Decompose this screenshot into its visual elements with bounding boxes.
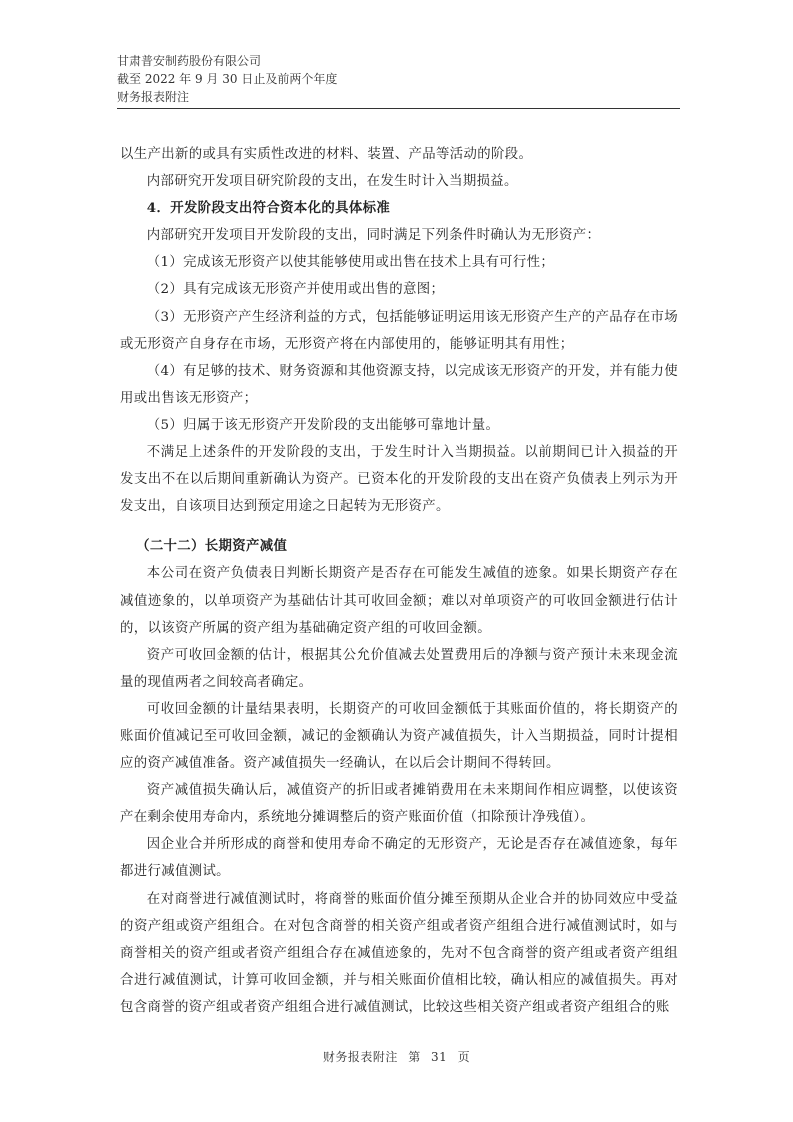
- criterion-5: （5）归属于该无形资产开发阶段的支出能够可靠地计量。: [120, 412, 678, 439]
- page-number: 31: [431, 1050, 447, 1064]
- paragraph-non-qualifying: 不满足上述条件的开发阶段的支出，于发生时计入当期损益。以前期间已计入损益的开发支…: [120, 439, 678, 520]
- paragraph-continuation: 以生产出新的或具有实质性改进的材料、装置、产品等活动的阶段。: [120, 141, 678, 168]
- paragraph-post-impairment: 资产减值损失确认后，减值资产的折旧或者摊销费用在未来期间作相应调整，以使该资产在…: [120, 777, 678, 831]
- criterion-1: （1）完成该无形资产以使其能够使用或出售在技术上具有可行性；: [120, 249, 678, 276]
- paragraph-recoverable-estimate: 资产可收回金额的估计，根据其公允价值减去处置费用后的净额与资产预计未来现金流量的…: [120, 642, 678, 696]
- page-header: 甘肃普安制药股份有限公司 截至 2022 年 9 月 30 日止及前两个年度 财…: [117, 52, 680, 106]
- footer-label: 财务报表附注: [323, 1050, 398, 1064]
- company-name: 甘肃普安制药股份有限公司: [117, 52, 680, 70]
- paragraph-research-expense: 内部研究开发项目研究阶段的支出，在发生时计入当期损益。: [120, 168, 678, 195]
- paragraph-measurement-result: 可收回金额的计量结果表明，长期资产的可收回金额低于其账面价值的，将长期资产的账面…: [120, 696, 678, 777]
- header-divider: [117, 108, 680, 109]
- paragraph-goodwill-annual-test: 因企业合并所形成的商誉和使用寿命不确定的无形资产，无论是否存在减值迹象，每年都进…: [120, 831, 678, 885]
- document-title: 财务报表附注: [117, 88, 680, 106]
- section-heading-impairment: （二十二）长期资产减值: [120, 533, 678, 560]
- paragraph-development-expense: 内部研究开发项目开发阶段的支出，同时满足下列条件时确认为无形资产：: [120, 222, 678, 249]
- subheading-capitalization-criteria: 4．开发阶段支出符合资本化的具体标准: [120, 195, 678, 222]
- paragraph-impairment-indicator: 本公司在资产负债表日判断长期资产是否存在可能发生减值的迹象。如果长期资产存在减值…: [120, 560, 678, 641]
- paragraph-goodwill-allocation: 在对商誉进行减值测试时，将商誉的账面价值分摊至预期从企业合并的协同效应中受益的资…: [120, 886, 678, 1021]
- footer-page-prefix: 第: [408, 1050, 421, 1064]
- criterion-4: （4）有足够的技术、财务资源和其他资源支持，以完成该无形资产的开发，并有能力使用…: [120, 358, 678, 412]
- criterion-3: （3）无形资产产生经济利益的方式，包括能够证明运用该无形资产生产的产品存在市场或…: [120, 304, 678, 358]
- page-footer: 财务报表附注 第 31 页: [0, 1048, 793, 1065]
- report-period: 截至 2022 年 9 月 30 日止及前两个年度: [117, 70, 680, 88]
- footer-page-suffix: 页: [458, 1050, 471, 1064]
- criterion-2: （2）具有完成该无形资产并使用或出售的意图；: [120, 276, 678, 303]
- document-body: 以生产出新的或具有实质性改进的材料、装置、产品等活动的阶段。 内部研究开发项目研…: [120, 141, 678, 1021]
